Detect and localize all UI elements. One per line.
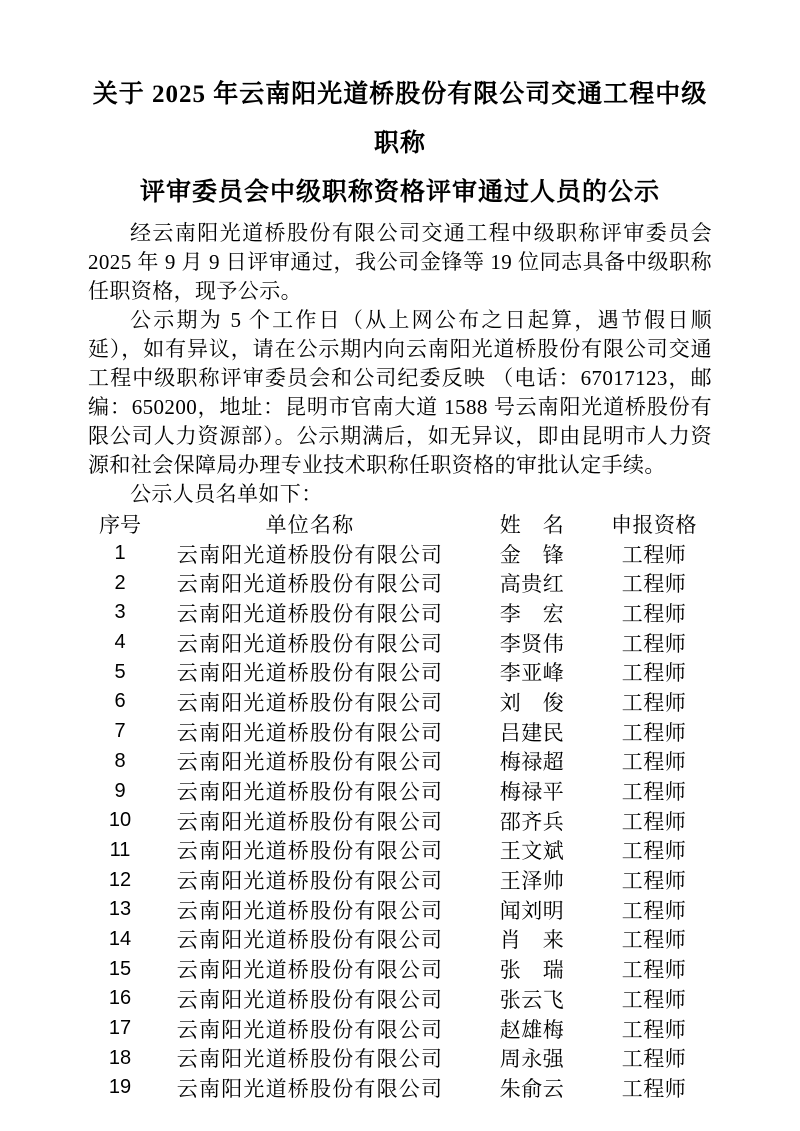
cell-declared-qualification: 工程师	[596, 598, 712, 628]
cell-person-name: 王文斌	[468, 835, 596, 865]
roster-row: 1 云南阳光道桥股份有限公司 金 锋 工程师	[88, 539, 712, 569]
cell-serial-number: 5	[88, 661, 152, 684]
cell-declared-qualification: 工程师	[596, 628, 712, 658]
roster-row: 17 云南阳光道桥股份有限公司 赵雄梅 工程师	[88, 1014, 712, 1044]
roster-table: 序号 单位名称 姓 名 申报资格 1 云南阳光道桥股份有限公司 金 锋 工程师 …	[88, 509, 712, 1103]
roster-header-row: 序号 单位名称 姓 名 申报资格	[88, 509, 712, 539]
roster-row: 2 云南阳光道桥股份有限公司 高贵红 工程师	[88, 568, 712, 598]
cell-serial-number: 14	[88, 928, 152, 951]
cell-serial-number: 11	[88, 839, 152, 862]
header-serial-number: 序号	[88, 509, 152, 539]
cell-declared-qualification: 工程师	[596, 954, 712, 984]
cell-serial-number: 4	[88, 631, 152, 654]
cell-unit-name: 云南阳光道桥股份有限公司	[152, 628, 468, 658]
cell-person-name: 赵雄梅	[468, 1014, 596, 1044]
cell-unit-name: 云南阳光道桥股份有限公司	[152, 895, 468, 925]
cell-unit-name: 云南阳光道桥股份有限公司	[152, 806, 468, 836]
cell-declared-qualification: 工程师	[596, 717, 712, 747]
cell-unit-name: 云南阳光道桥股份有限公司	[152, 539, 468, 569]
cell-serial-number: 1	[88, 542, 152, 565]
cell-serial-number: 8	[88, 750, 152, 773]
cell-serial-number: 13	[88, 898, 152, 921]
cell-unit-name: 云南阳光道桥股份有限公司	[152, 1073, 468, 1103]
cell-person-name: 周永强	[468, 1043, 596, 1073]
cell-declared-qualification: 工程师	[596, 776, 712, 806]
title-line-2: 评审委员会中级职称资格评审通过人员的公示	[88, 168, 712, 217]
cell-declared-qualification: 工程师	[596, 568, 712, 598]
document-page: 关于 2025 年云南阳光道桥股份有限公司交通工程中级职称 评审委员会中级职称资…	[0, 0, 800, 1131]
cell-person-name: 李贤伟	[468, 628, 596, 658]
cell-unit-name: 云南阳光道桥股份有限公司	[152, 984, 468, 1014]
cell-unit-name: 云南阳光道桥股份有限公司	[152, 717, 468, 747]
roster-row: 8 云南阳光道桥股份有限公司 梅禄超 工程师	[88, 747, 712, 777]
cell-declared-qualification: 工程师	[596, 1073, 712, 1103]
cell-person-name: 梅禄超	[468, 746, 596, 776]
cell-person-name: 闻刘明	[468, 895, 596, 925]
cell-declared-qualification: 工程师	[596, 924, 712, 954]
cell-declared-qualification: 工程师	[596, 895, 712, 925]
cell-unit-name: 云南阳光道桥股份有限公司	[152, 835, 468, 865]
paragraph-roster-intro: 公示人员名单如下：	[88, 480, 712, 509]
roster-row: 7 云南阳光道桥股份有限公司 吕建民 工程师	[88, 717, 712, 747]
cell-person-name: 邵齐兵	[468, 806, 596, 836]
title-line-1: 关于 2025 年云南阳光道桥股份有限公司交通工程中级职称	[88, 70, 712, 168]
cell-declared-qualification: 工程师	[596, 865, 712, 895]
cell-declared-qualification: 工程师	[596, 1014, 712, 1044]
paragraph-approval-statement: 经云南阳光道桥股份有限公司交通工程中级职称评审委员会 2025 年 9 月 9 …	[88, 219, 712, 306]
cell-declared-qualification: 工程师	[596, 1043, 712, 1073]
document-title: 关于 2025 年云南阳光道桥股份有限公司交通工程中级职称 评审委员会中级职称资…	[88, 70, 712, 217]
cell-unit-name: 云南阳光道桥股份有限公司	[152, 598, 468, 628]
cell-unit-name: 云南阳光道桥股份有限公司	[152, 1014, 468, 1044]
cell-person-name: 朱俞云	[468, 1073, 596, 1103]
cell-serial-number: 2	[88, 572, 152, 595]
cell-serial-number: 17	[88, 1017, 152, 1040]
cell-person-name: 李 宏	[468, 598, 596, 628]
cell-serial-number: 3	[88, 601, 152, 624]
cell-person-name: 张云飞	[468, 984, 596, 1014]
cell-unit-name: 云南阳光道桥股份有限公司	[152, 657, 468, 687]
cell-unit-name: 云南阳光道桥股份有限公司	[152, 687, 468, 717]
cell-serial-number: 12	[88, 869, 152, 892]
roster-row: 5 云南阳光道桥股份有限公司 李亚峰 工程师	[88, 657, 712, 687]
cell-unit-name: 云南阳光道桥股份有限公司	[152, 776, 468, 806]
cell-declared-qualification: 工程师	[596, 746, 712, 776]
roster-row: 16 云南阳光道桥股份有限公司 张云飞 工程师	[88, 984, 712, 1014]
paragraph-publicity-period: 公示期为 5 个工作日（从上网公布之日起算，遇节假日顺延），如有异议，请在公示期…	[88, 306, 712, 480]
cell-serial-number: 10	[88, 809, 152, 832]
roster-row: 11 云南阳光道桥股份有限公司 王文斌 工程师	[88, 836, 712, 866]
roster-table-body: 1 云南阳光道桥股份有限公司 金 锋 工程师 2 云南阳光道桥股份有限公司 高贵…	[88, 539, 712, 1103]
roster-row: 4 云南阳光道桥股份有限公司 李贤伟 工程师	[88, 628, 712, 658]
cell-declared-qualification: 工程师	[596, 657, 712, 687]
cell-person-name: 金 锋	[468, 539, 596, 569]
roster-row: 15 云南阳光道桥股份有限公司 张 瑞 工程师	[88, 954, 712, 984]
header-person-name: 姓 名	[468, 509, 596, 539]
roster-row: 6 云南阳光道桥股份有限公司 刘 俊 工程师	[88, 687, 712, 717]
cell-serial-number: 7	[88, 720, 152, 743]
cell-person-name: 肖 来	[468, 924, 596, 954]
cell-person-name: 李亚峰	[468, 657, 596, 687]
cell-person-name: 刘 俊	[468, 687, 596, 717]
cell-person-name: 吕建民	[468, 717, 596, 747]
cell-unit-name: 云南阳光道桥股份有限公司	[152, 865, 468, 895]
cell-unit-name: 云南阳光道桥股份有限公司	[152, 954, 468, 984]
cell-declared-qualification: 工程师	[596, 687, 712, 717]
roster-row: 9 云南阳光道桥股份有限公司 梅禄平 工程师	[88, 776, 712, 806]
cell-unit-name: 云南阳光道桥股份有限公司	[152, 568, 468, 598]
cell-person-name: 王泽帅	[468, 865, 596, 895]
cell-declared-qualification: 工程师	[596, 539, 712, 569]
cell-serial-number: 16	[88, 987, 152, 1010]
roster-row: 3 云南阳光道桥股份有限公司 李 宏 工程师	[88, 598, 712, 628]
cell-unit-name: 云南阳光道桥股份有限公司	[152, 1043, 468, 1073]
cell-person-name: 梅禄平	[468, 776, 596, 806]
cell-declared-qualification: 工程师	[596, 984, 712, 1014]
roster-row: 12 云南阳光道桥股份有限公司 王泽帅 工程师	[88, 865, 712, 895]
cell-serial-number: 9	[88, 780, 152, 803]
cell-declared-qualification: 工程师	[596, 835, 712, 865]
cell-unit-name: 云南阳光道桥股份有限公司	[152, 924, 468, 954]
cell-serial-number: 6	[88, 690, 152, 713]
cell-declared-qualification: 工程师	[596, 806, 712, 836]
cell-serial-number: 18	[88, 1047, 152, 1070]
cell-serial-number: 19	[88, 1076, 152, 1099]
cell-person-name: 张 瑞	[468, 954, 596, 984]
roster-row: 19 云南阳光道桥股份有限公司 朱俞云 工程师	[88, 1073, 712, 1103]
roster-row: 13 云南阳光道桥股份有限公司 闻刘明 工程师	[88, 895, 712, 925]
cell-person-name: 高贵红	[468, 568, 596, 598]
header-unit-name: 单位名称	[152, 509, 468, 539]
roster-row: 14 云南阳光道桥股份有限公司 肖 来 工程师	[88, 925, 712, 955]
header-declared-qualification: 申报资格	[596, 509, 712, 539]
roster-row: 18 云南阳光道桥股份有限公司 周永强 工程师	[88, 1043, 712, 1073]
cell-unit-name: 云南阳光道桥股份有限公司	[152, 746, 468, 776]
cell-serial-number: 15	[88, 958, 152, 981]
roster-row: 10 云南阳光道桥股份有限公司 邵齐兵 工程师	[88, 806, 712, 836]
